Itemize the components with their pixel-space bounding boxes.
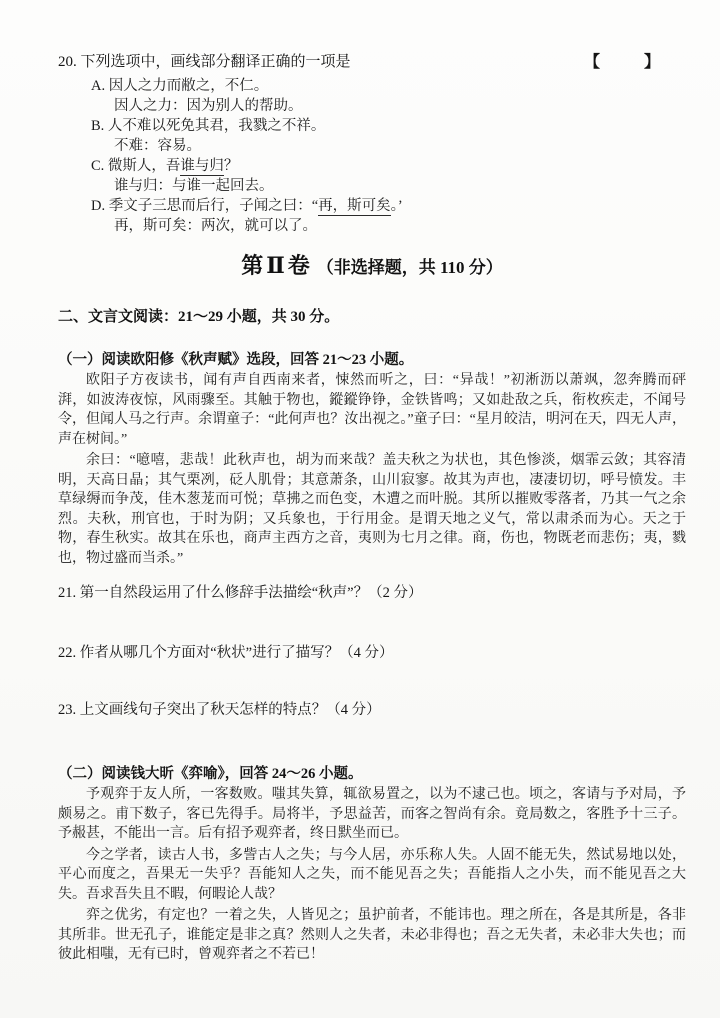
question-20: 20. 下列选项中，画线部分翻译正确的一项是 【 】	[58, 52, 686, 73]
option-c-tail: ？	[224, 158, 239, 174]
passage2-paragraph1: 予观弈于友人所，一客数败。嗤其失算，辄欲易置之，以为不逮己也。顷之，客请与予对局…	[58, 785, 686, 844]
option-c: C. 微斯人，吾谁与归？	[91, 156, 686, 176]
option-c-gloss: 谁与归：与谁一起回去。	[114, 176, 686, 196]
option-d-gloss: 再，斯可矣：两次，就可以了。	[114, 216, 686, 236]
option-d-underlined: 再，斯可矣	[318, 198, 391, 216]
option-c-text: C. 微斯人，吾	[91, 158, 180, 174]
part2-heading: 第Ⅱ卷（非选择题，共 110 分）	[58, 249, 686, 280]
option-d-text: D. 季文子三思而后行，子闻之曰：“	[91, 198, 318, 214]
question-22: 22. 作者从哪几个方面对“秋状”进行了描写？（4 分）	[58, 643, 686, 663]
option-b-gloss: 不难：容易。	[114, 136, 686, 156]
reading1-intro: （一）阅读欧阳修《秋声赋》选段，回答 21～23 小题。	[58, 348, 686, 369]
option-a-gloss: 因人之力：因为别人的帮助。	[114, 96, 686, 116]
option-b-text: B. 人不难以死免其君，我戮之不祥。	[91, 118, 325, 134]
option-d: D. 季文子三思而后行，子闻之曰：“再，斯可矣。’	[91, 196, 686, 216]
option-c-underlined: 谁与归	[180, 158, 224, 176]
reading2-intro: （二）阅读钱大昕《弈喻》，回答 24～26 小题。	[58, 762, 686, 783]
part2-subtitle: （非选择题，共 110 分）	[317, 258, 503, 277]
passage1-paragraph2: 余曰：“噫嘻，悲哉！此秋声也，胡为而来哉？盖夫秋之为状也，其色惨淡，烟霏云敛；其…	[58, 451, 686, 568]
exam-page: 20. 下列选项中，画线部分翻译正确的一项是 【 】 A. 因人之力而敝之，不仁…	[0, 0, 720, 1018]
section-two-header: 二、文言文阅读：21～29 小题，共 30 分。	[58, 305, 686, 326]
question-20-stem: 20. 下列选项中，画线部分翻译正确的一项是	[58, 52, 351, 73]
passage2-paragraph3: 弈之优劣，有定也？一着之失，人皆见之；虽护前者，不能讳也。理之所在，各是其所是，…	[58, 906, 686, 965]
question-23: 23. 上文画线句子突出了秋天怎样的特点？（4 分）	[58, 700, 686, 720]
option-d-tail: 。’	[391, 198, 403, 214]
question-20-options: A. 因人之力而敝之，不仁。 因人之力：因为别人的帮助。 B. 人不难以死免其君…	[58, 76, 686, 236]
passage1-paragraph1: 欧阳子方夜读书，闻有声自西南来者，悚然而听之，曰：“异哉！”初淅沥以萧飒，忽奔腾…	[58, 371, 686, 449]
passage2-paragraph2: 今之学者，读古人书，多訾古人之失；与今人居，亦乐称人失。人固不能无失，然试易地以…	[58, 846, 686, 905]
answer-bracket: 【 】	[584, 52, 664, 73]
part2-title: 第Ⅱ卷	[241, 253, 313, 278]
option-a: A. 因人之力而敝之，不仁。	[91, 76, 686, 96]
option-b: B. 人不难以死免其君，我戮之不祥。	[91, 116, 686, 136]
option-a-text: A. 因人之力而敝之，不仁。	[91, 78, 268, 94]
question-21: 21. 第一自然段运用了什么修辞手法描绘“秋声”？（2 分）	[58, 583, 686, 603]
